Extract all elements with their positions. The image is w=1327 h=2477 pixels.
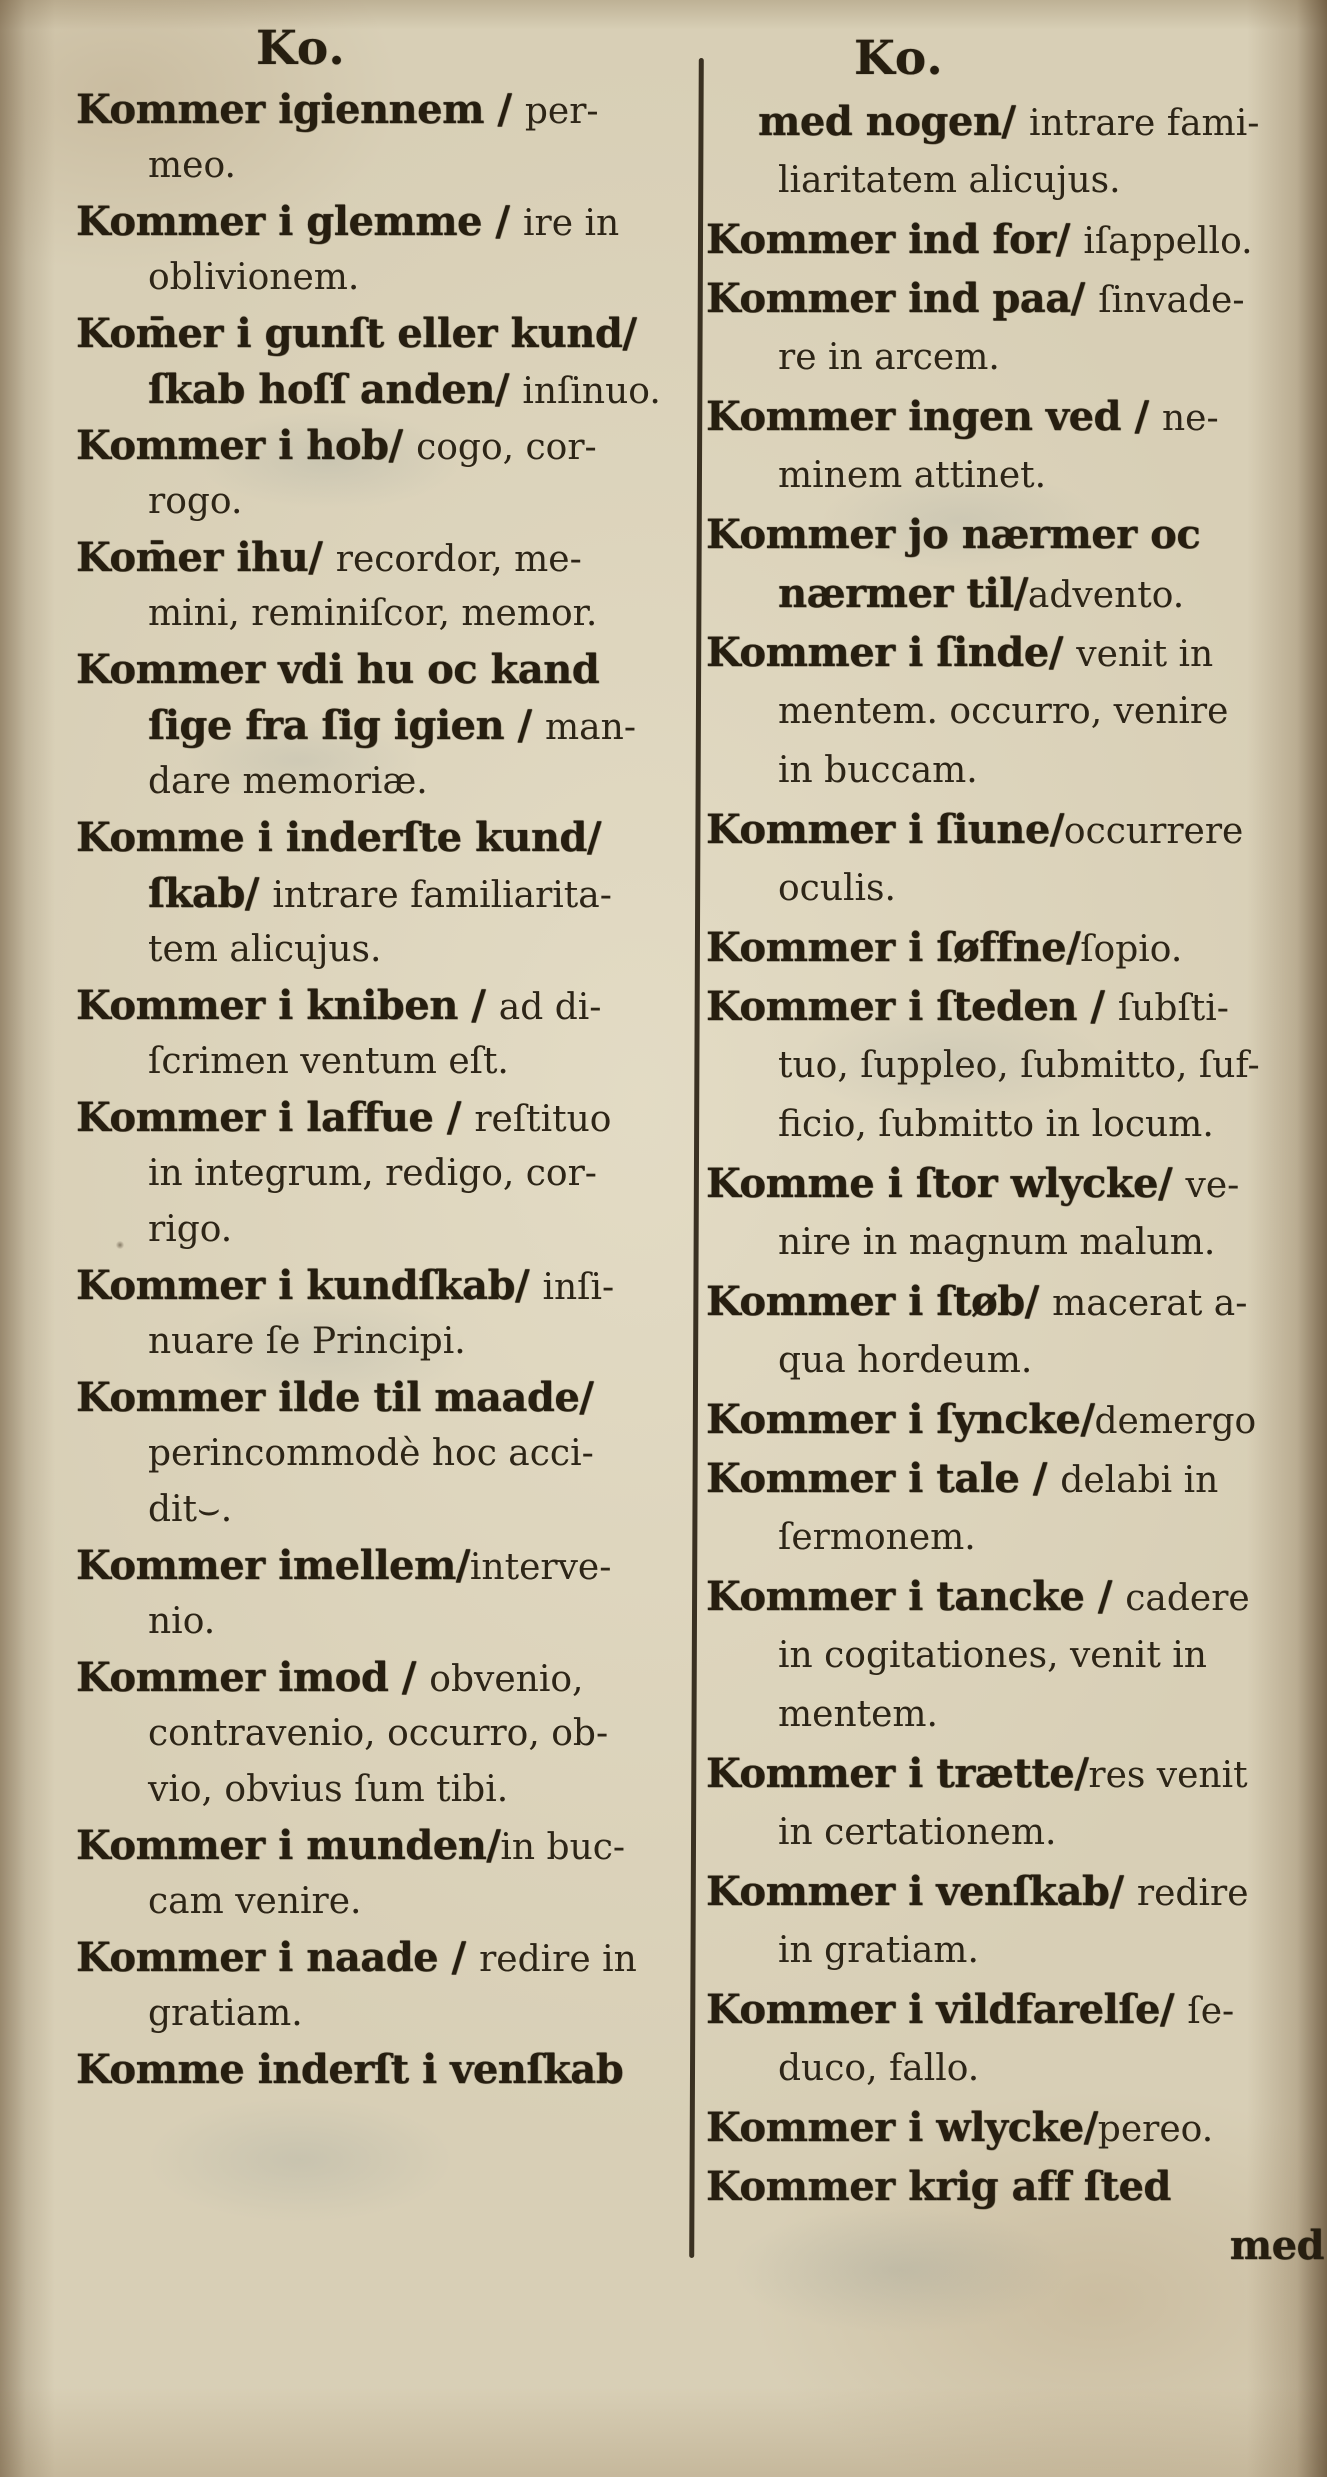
gloss-text: per- [525, 91, 599, 132]
gloss-text: in gratiam. [778, 1930, 979, 1971]
headword-text: ſkab hoſſ anden/ [148, 366, 522, 413]
entry-line: med [706, 2216, 1324, 2275]
gloss-text: re in arcem. [778, 337, 1000, 378]
gloss-text: recordor, me- [336, 539, 582, 580]
gloss-text: demergo [1094, 1401, 1256, 1442]
right-column: Ko. med nogen/ intrare fami-liaritatem a… [706, 34, 1324, 2275]
headword-text: Kommer i wlycke/ [706, 2104, 1098, 2151]
gloss-text: mentem. [778, 1694, 938, 1735]
entry-line: Kommer i vildfarelſe/ ſe- [706, 1980, 1324, 2039]
entry-line: in gratiam. [706, 1921, 1324, 1980]
headword-text: Kommer i tancke / [706, 1573, 1125, 1620]
entry-line: Kommer i ſinde/ venit in [706, 623, 1324, 682]
entry-line: nærmer til/advento. [706, 564, 1324, 623]
entry-line: Kommer i munden/in buc- [76, 1818, 621, 1874]
entry-line: ſcrimen ventum eſt. [76, 1034, 621, 1090]
entry-line: meo. [76, 138, 621, 194]
right-column-header: Ko. [706, 34, 1324, 84]
gloss-text: ire in [523, 203, 619, 244]
dictionary-entry: Kommer i kundſkab/ inſi-nuare ſe Princip… [76, 1258, 621, 1370]
entry-line: med nogen/ intrare fami- [706, 92, 1324, 151]
entry-line: in buccam. [706, 741, 1324, 800]
gloss-text: interve- [470, 1547, 612, 1588]
gloss-text: in certationem. [778, 1812, 1056, 1853]
headword-text: Kommer i ſiune/ [706, 806, 1064, 853]
headword-text: Kommer i ſtøb/ [706, 1278, 1052, 1325]
headword-text: Kommer imellem/ [76, 1542, 470, 1589]
gloss-text: iſappello. [1083, 221, 1252, 262]
dictionary-entry: Kommer i naade / redire ingratiam. [76, 1930, 621, 2042]
gloss-text: ſermonem. [778, 1517, 976, 1558]
dictionary-entry: Kommer i wlycke/pereo. [706, 2098, 1324, 2157]
dictionary-entry: Kommer i tale / delabi inſermonem. [706, 1449, 1324, 1567]
entry-line: Kommer i laffue / reſtituo [76, 1090, 621, 1146]
entry-line: Kommer i glemme / ire in [76, 194, 621, 250]
dictionary-entry: Kommer imod / obvenio,contravenio, occur… [76, 1650, 621, 1818]
entry-line: cam venire. [76, 1874, 621, 1930]
gloss-text: in integrum, redigo, cor- [148, 1153, 597, 1194]
entry-line: Kommer ilde til maade/ [76, 1370, 621, 1426]
gloss-text: oculis. [778, 868, 896, 909]
entry-line: Kommer i kniben / ad di- [76, 978, 621, 1034]
headword-text: med nogen/ [758, 98, 1029, 145]
dictionary-entry: Kommer krig aff ſtedmed [706, 2157, 1324, 2275]
headword-text: Kommer i hob/ [76, 422, 416, 469]
gloss-text: cogo, cor- [416, 427, 597, 468]
dictionary-entry: Kommer imellem/interve-nio. [76, 1538, 621, 1650]
entry-line: Kommer i ſyncke/demergo [706, 1390, 1324, 1449]
entry-line: Kommer ind for/ iſappello. [706, 210, 1324, 269]
gloss-text: pereo. [1098, 2109, 1213, 2150]
gloss-text: intrare fami- [1029, 103, 1259, 144]
headword-text: ſige fra ſig igien / [148, 702, 545, 749]
gloss-text: rogo. [148, 481, 242, 522]
entry-line: ficio, ſubmitto in locum. [706, 1095, 1324, 1154]
dictionary-entry: Kommer ind for/ iſappello. [706, 210, 1324, 269]
headword-text: Kommer i ſøffne/ [706, 924, 1080, 971]
entry-line: mini, reminiſcor, memor. [76, 586, 621, 642]
headword-text: Kom̄er i gunſt eller kund/ [76, 310, 636, 357]
headword-text: Komme i ſtor wlycke/ [706, 1160, 1186, 1207]
dictionary-entry: med nogen/ intrare fami-liaritatem alicu… [706, 92, 1324, 210]
gloss-text: perincommodè hoc acci- [148, 1433, 594, 1474]
left-column: Ko. Kommer igiennem / per-meo.Kommer i g… [76, 24, 621, 2098]
entry-line: dit⌣. [76, 1482, 621, 1538]
entry-line: vio, obvius ſum tibi. [76, 1762, 621, 1818]
entry-line: Kommer i hob/ cogo, cor- [76, 418, 621, 474]
gloss-text: nuare ſe Principi. [148, 1321, 466, 1362]
entry-line: in cogitationes, venit in [706, 1626, 1324, 1685]
headword-text: Kommer i kniben / [76, 982, 499, 1029]
dictionary-entry: Kommer i ſtøb/ macerat a-qua hordeum. [706, 1272, 1324, 1390]
gloss-text: res venit [1088, 1755, 1247, 1796]
headword-text: med [1230, 2222, 1324, 2269]
entry-line: perincommodè hoc acci- [76, 1426, 621, 1482]
headword-text: Kommer i vildfarelſe/ [706, 1986, 1187, 2033]
entry-line: Kommer i ſiune/occurrere [706, 800, 1324, 859]
gloss-text: minem attinet. [778, 455, 1046, 496]
gloss-text: dare memoriæ. [148, 761, 428, 802]
entry-line: Kommer krig aff ſted [706, 2157, 1324, 2216]
entry-line: Komme i inderſte kund/ [76, 810, 621, 866]
entry-line: liaritatem alicujus. [706, 151, 1324, 210]
headword-text: Kommer ind for/ [706, 216, 1083, 263]
entry-line: oculis. [706, 859, 1324, 918]
entry-line: Kommer i wlycke/pereo. [706, 2098, 1324, 2157]
headword-text: Kommer i venſkab/ [706, 1868, 1137, 1915]
dictionary-entry: Kommer i glemme / ire inoblivionem. [76, 194, 621, 306]
headword-text: nærmer til/ [778, 570, 1028, 617]
headword-text: Kommer i trætte/ [706, 1750, 1088, 1797]
headword-text: Kommer igiennem / [76, 86, 525, 133]
gloss-text: gratiam. [148, 1993, 303, 2034]
entry-line: ſige fra ſig igien / man- [76, 698, 621, 754]
entry-line: Kommer ind paa/ ſinvade- [706, 269, 1324, 328]
gloss-text: vio, obvius ſum tibi. [148, 1769, 508, 1810]
entry-line: dare memoriæ. [76, 754, 621, 810]
gloss-text: qua hordeum. [778, 1340, 1032, 1381]
gloss-text: liaritatem alicujus. [778, 160, 1121, 201]
entry-line: Komme inderſt i venſkab [76, 2042, 621, 2098]
gloss-text: mentem. occurro, venire [778, 691, 1228, 732]
entry-line: oblivionem. [76, 250, 621, 306]
dictionary-entry: Kommer igiennem / per-meo. [76, 82, 621, 194]
dictionary-entry: Kommer i ſinde/ venit inmentem. occurro,… [706, 623, 1324, 800]
headword-text: Kommer i ſyncke/ [706, 1396, 1094, 1443]
gloss-text: macerat a- [1052, 1283, 1247, 1324]
gloss-text: ficio, ſubmitto in locum. [778, 1104, 1214, 1145]
entry-line: Kommer i ſteden / ſubſti- [706, 977, 1324, 1036]
entry-line: tuo, ſuppleo, ſubmitto, ſuf- [706, 1036, 1324, 1095]
dictionary-entry: Kommer ilde til maade/perincommodè hoc a… [76, 1370, 621, 1538]
gloss-text: tem alicujus. [148, 929, 381, 970]
gloss-text: ſubſti- [1118, 988, 1229, 1029]
headword-text: Kommer i munden/ [76, 1822, 500, 1869]
dictionary-entry: Kommer jo nærmer ocnærmer til/advento. [706, 505, 1324, 623]
headword-text: Kommer i laffue / [76, 1094, 474, 1141]
entry-line: Kom̄er i gunſt eller kund/ [76, 306, 621, 362]
dictionary-entry: Kommer i vildfarelſe/ ſe-duco, fallo. [706, 1980, 1324, 2098]
entry-line: in certationem. [706, 1803, 1324, 1862]
entry-line: tem alicujus. [76, 922, 621, 978]
gloss-text: man- [545, 707, 636, 748]
dictionary-entry: Kommer i munden/in buc-cam venire. [76, 1818, 621, 1930]
entry-line: qua hordeum. [706, 1331, 1324, 1390]
gloss-text: contravenio, occurro, ob- [148, 1713, 608, 1754]
gloss-text: oblivionem. [148, 257, 359, 298]
entry-line: rigo. [76, 1202, 621, 1258]
dictionary-entry: Kom̄er ihu/ recordor, me-mini, reminiſco… [76, 530, 621, 642]
right-column-entries: med nogen/ intrare fami-liaritatem alicu… [706, 92, 1324, 2275]
gloss-text: ſe- [1187, 1991, 1234, 2032]
gloss-text: duco, fallo. [778, 2048, 979, 2089]
gloss-text: ad di- [499, 987, 602, 1028]
column-divider-rule [689, 58, 704, 2258]
entry-line: nuare ſe Principi. [76, 1314, 621, 1370]
headword-text: Komme inderſt i venſkab [76, 2046, 623, 2093]
dictionary-entry: Komme i ſtor wlycke/ ve-nire in magnum m… [706, 1154, 1324, 1272]
headword-text: Kommer ind paa/ [706, 275, 1098, 322]
entry-line: Kommer igiennem / per- [76, 82, 621, 138]
headword-text: Kommer i naade / [76, 1934, 479, 1981]
gloss-text: nire in magnum malum. [778, 1222, 1215, 1263]
dictionary-entry: Kommer i ſyncke/demergo [706, 1390, 1324, 1449]
entry-line: Kommer i trætte/res venit [706, 1744, 1324, 1803]
headword-text: Kom̄er ihu/ [76, 534, 336, 581]
gloss-text: ve- [1186, 1165, 1240, 1206]
gloss-text: ſcrimen ventum eſt. [148, 1041, 509, 1082]
headword-text: Kommer imod / [76, 1654, 429, 1701]
headword-text: Kommer i glemme / [76, 198, 523, 245]
gloss-text: nio. [148, 1601, 215, 1642]
dictionary-entry: Kommer ingen ved / ne-minem attinet. [706, 387, 1324, 505]
entry-line: Kommer i tancke / cadere [706, 1567, 1324, 1626]
dictionary-entry: Kommer i ſøffne/ſopio. [706, 918, 1324, 977]
gloss-text: in buc- [500, 1827, 625, 1868]
left-column-entries: Kommer igiennem / per-meo.Kommer i glemm… [76, 82, 621, 2098]
gloss-text: obvenio, [429, 1659, 583, 1700]
gloss-text: in cogitationes, venit in [778, 1635, 1207, 1676]
entry-line: Kommer i tale / delabi in [706, 1449, 1324, 1508]
entry-line: mentem. occurro, venire [706, 682, 1324, 741]
scanned-dictionary-page: { "colors": { "ink": "#261e10", "paper":… [0, 0, 1327, 2477]
gloss-text: inſi- [542, 1267, 614, 1308]
gloss-text: reſtituo [474, 1099, 611, 1140]
entry-line: gratiam. [76, 1986, 621, 2042]
dictionary-entry: Kommer i kniben / ad di-ſcrimen ventum e… [76, 978, 621, 1090]
gloss-text: redire [1137, 1873, 1249, 1914]
dictionary-entry: Kommer vdi hu oc kandſige fra ſig igien … [76, 642, 621, 810]
entry-line: Kommer vdi hu oc kand [76, 642, 621, 698]
entry-line: Kommer i ſtøb/ macerat a- [706, 1272, 1324, 1331]
gloss-text: ſopio. [1080, 929, 1182, 970]
entry-line: Kommer i venſkab/ redire [706, 1862, 1324, 1921]
dictionary-entry: Kommer i hob/ cogo, cor-rogo. [76, 418, 621, 530]
headword-text: Kommer jo nærmer oc [706, 511, 1200, 558]
entry-line: Kommer imod / obvenio, [76, 1650, 621, 1706]
gloss-text: delabi in [1060, 1460, 1218, 1501]
gloss-text: venit in [1076, 634, 1213, 675]
headword-text: Kommer ilde til maade/ [76, 1374, 593, 1421]
entry-line: ſkab/ intrare familiarita- [76, 866, 621, 922]
gloss-text: redire in [479, 1939, 637, 1980]
entry-line: duco, fallo. [706, 2039, 1324, 2098]
gloss-text: cam venire. [148, 1881, 362, 1922]
entry-line: Kom̄er ihu/ recordor, me- [76, 530, 621, 586]
gloss-text: in buccam. [778, 750, 978, 791]
gloss-text: advento. [1028, 575, 1184, 616]
entry-line: ſermonem. [706, 1508, 1324, 1567]
gloss-text: mini, reminiſcor, memor. [148, 593, 597, 634]
dictionary-entry: Kommer ind paa/ ſinvade-re in arcem. [706, 269, 1324, 387]
entry-line: Kommer i naade / redire in [76, 1930, 621, 1986]
headword-text: Kommer krig aff ſted [706, 2163, 1171, 2210]
gloss-text: occurrere [1064, 811, 1243, 852]
dictionary-entry: Kommer i ſteden / ſubſti-tuo, ſuppleo, ſ… [706, 977, 1324, 1154]
dictionary-entry: Kommer i laffue / reſtituoin integrum, r… [76, 1090, 621, 1258]
dictionary-entry: Kommer i venſkab/ redirein gratiam. [706, 1862, 1324, 1980]
headword-text: Kommer vdi hu oc kand [76, 646, 599, 693]
entry-line: nio. [76, 1594, 621, 1650]
headword-text: Kommer ingen ved / [706, 393, 1162, 440]
headword-text: Kommer i ſteden / [706, 983, 1118, 1030]
entry-line: Kommer i kundſkab/ inſi- [76, 1258, 621, 1314]
entry-line: contravenio, occurro, ob- [76, 1706, 621, 1762]
headword-text: Komme i inderſte kund/ [76, 814, 601, 861]
entry-line: nire in magnum malum. [706, 1213, 1324, 1272]
entry-line: re in arcem. [706, 328, 1324, 387]
dictionary-entry: Komme i inderſte kund/ſkab/ intrare fami… [76, 810, 621, 978]
entry-line: Kommer i ſøffne/ſopio. [706, 918, 1324, 977]
gloss-text: tuo, ſuppleo, ſubmitto, ſuf- [778, 1045, 1260, 1086]
entry-line: Kommer imellem/interve- [76, 1538, 621, 1594]
gloss-text: ſinvade- [1098, 280, 1244, 321]
gloss-text: dit⌣. [148, 1489, 232, 1530]
gloss-text: intrare familiarita- [272, 875, 612, 916]
left-column-header: Ko. [76, 24, 621, 74]
dictionary-entry: Komme inderſt i venſkab [76, 2042, 621, 2098]
gloss-text: inſinuo. [522, 371, 660, 412]
entry-line: in integrum, redigo, cor- [76, 1146, 621, 1202]
dictionary-entry: Kommer i tancke / caderein cogitationes,… [706, 1567, 1324, 1744]
gloss-text: ne- [1162, 398, 1219, 439]
entry-line: Kommer ingen ved / ne- [706, 387, 1324, 446]
entry-line: ſkab hoſſ anden/ inſinuo. [76, 362, 621, 418]
dictionary-entry: Kom̄er i gunſt eller kund/ſkab hoſſ ande… [76, 306, 621, 418]
entry-line: Komme i ſtor wlycke/ ve- [706, 1154, 1324, 1213]
headword-text: Kommer i ſinde/ [706, 629, 1076, 676]
gloss-text: rigo. [148, 1209, 232, 1250]
entry-line: mentem. [706, 1685, 1324, 1744]
gloss-text: meo. [148, 145, 236, 186]
entry-line: minem attinet. [706, 446, 1324, 505]
entry-line: Kommer jo nærmer oc [706, 505, 1324, 564]
headword-text: Kommer i kundſkab/ [76, 1262, 542, 1309]
gloss-text: cadere [1125, 1578, 1250, 1619]
headword-text: ſkab/ [148, 870, 272, 917]
entry-line: rogo. [76, 474, 621, 530]
dictionary-entry: Kommer i ſiune/occurrereoculis. [706, 800, 1324, 918]
headword-text: Kommer i tale / [706, 1455, 1060, 1502]
dictionary-entry: Kommer i trætte/res venitin certationem. [706, 1744, 1324, 1862]
